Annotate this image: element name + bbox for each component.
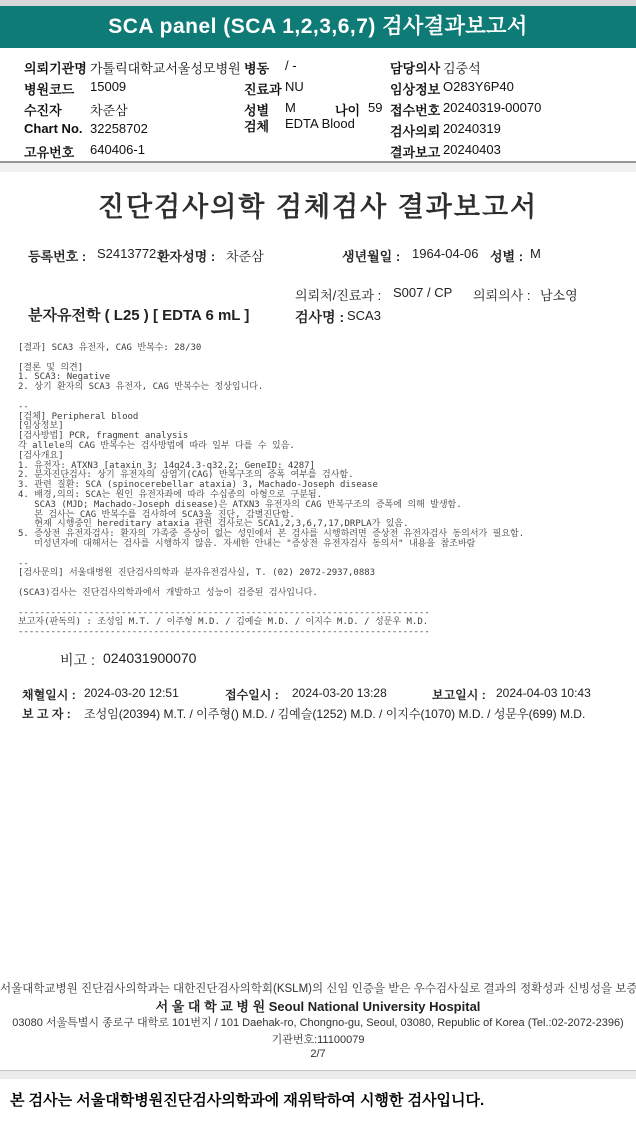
- section-title: 분자유전학 ( L25 ) [ EDTA 6 mL ]: [28, 304, 249, 325]
- report-date-value: 20240403: [443, 142, 501, 157]
- ward-value: / -: [285, 58, 297, 73]
- report-time-value: 2024-04-03 10:43: [496, 686, 591, 700]
- outsourcing-note: 본 검사는 서울대학병원진단검사의학과에 재위탁하여 시행한 검사입니다.: [10, 1089, 484, 1110]
- clinical-info-label: 임상정보: [390, 79, 440, 98]
- request-date-value: 20240319: [443, 121, 501, 136]
- accreditation-note: 서울대학교병원 진단검사의학과는 대한진단검사의학회(KSLM)의 신임 인증을…: [0, 980, 636, 996]
- reporters-label: 보 고 자 :: [22, 705, 71, 722]
- report-title: SCA panel (SCA 1,2,3,6,7) 검사결과보고서: [0, 6, 636, 48]
- chart-no-value: 32258702: [90, 121, 148, 136]
- uid-label: 고유번호: [24, 142, 74, 161]
- collection-time-label: 채혈일시 :: [22, 686, 76, 703]
- inner-sex-value: M: [530, 246, 541, 261]
- remark-label: 비고 :: [60, 650, 95, 670]
- hospital-address: 03080 서울특별시 종로구 대학로 101번지 / 101 Daehak-r…: [0, 1014, 636, 1030]
- accession-value: 20240319-00070: [443, 100, 541, 115]
- attending-doctor-value: 김중석: [443, 58, 481, 77]
- section-divider: [0, 161, 636, 172]
- birth-date-label: 생년월일 :: [342, 246, 400, 265]
- hospital-code-label: 병원코드: [24, 79, 74, 98]
- request-date-label: 검사의뢰: [390, 121, 440, 140]
- patient-name-value: 차준삼: [226, 246, 264, 265]
- ward-label: 병동: [244, 58, 269, 77]
- reporters-value: 조성임(20394) M.T. / 이주형() M.D. / 김예슬(1252)…: [84, 705, 585, 722]
- receipt-time-value: 2024-03-20 13:28: [292, 686, 387, 700]
- org-label: 의뢰기관명: [24, 58, 87, 77]
- accession-label: 접수번호: [390, 100, 440, 119]
- attending-doctor-label: 담당의사: [390, 58, 440, 77]
- report-body-text: [결과] SCA3 유전자, CAG 반복수: 28/30 [결론 및 의견] …: [18, 344, 524, 638]
- inner-report-title: 진단검사의학 검체검사 결과보고서: [0, 185, 636, 224]
- dept-label: 진료과: [244, 79, 282, 98]
- test-name-value: SCA3: [347, 308, 381, 323]
- referring-dept-label: 의뢰처/진료과 :: [295, 285, 381, 304]
- dept-value: NU: [285, 79, 304, 94]
- patient-label: 수진자: [24, 100, 62, 119]
- referring-dept-value: S007 / CP: [393, 285, 452, 300]
- inner-sex-label: 성별 :: [490, 246, 523, 265]
- patient-value: 차준삼: [90, 100, 128, 119]
- specimen-value: EDTA Blood: [285, 116, 355, 131]
- specimen-label: 검체: [244, 116, 269, 135]
- report-date-label: 결과보고: [390, 142, 440, 161]
- clinical-info-value: O283Y6P40: [443, 79, 514, 94]
- page-number: 2/7: [0, 1048, 636, 1060]
- patient-name-label: 환자성명 :: [157, 246, 215, 265]
- lab-report-page: SCA panel (SCA 1,2,3,6,7) 검사결과보고서 의뢰기관명 …: [0, 0, 636, 1128]
- test-name-label: 검사명 :: [295, 307, 344, 327]
- receipt-time-label: 접수일시 :: [225, 686, 279, 703]
- org-value: 가톨릭대학교서울성모병원: [90, 58, 241, 77]
- remark-value: 024031900070: [103, 650, 196, 666]
- collection-time-value: 2024-03-20 12:51: [84, 686, 179, 700]
- bottom-divider: [0, 1070, 636, 1079]
- sex-value: M: [285, 100, 296, 115]
- reg-no-label: 등록번호 :: [28, 246, 86, 265]
- hospital-code-value: 15009: [90, 79, 126, 94]
- age-value: 59: [368, 100, 382, 115]
- report-time-label: 보고일시 :: [432, 686, 486, 703]
- referring-doctor-value: 남소영: [540, 285, 578, 304]
- birth-date-value: 1964-04-06: [412, 246, 479, 261]
- chart-no-label: Chart No.: [24, 121, 83, 136]
- uid-value: 640406-1: [90, 142, 145, 157]
- hospital-name: 서 울 대 학 교 병 원 Seoul National University …: [0, 996, 636, 1015]
- reg-no-value: S2413772: [97, 246, 156, 261]
- institution-number: 기관번호:11100079: [0, 1031, 636, 1047]
- referring-doctor-label: 의뢰의사 :: [473, 285, 530, 304]
- report-title-banner: SCA panel (SCA 1,2,3,6,7) 검사결과보고서: [0, 6, 636, 48]
